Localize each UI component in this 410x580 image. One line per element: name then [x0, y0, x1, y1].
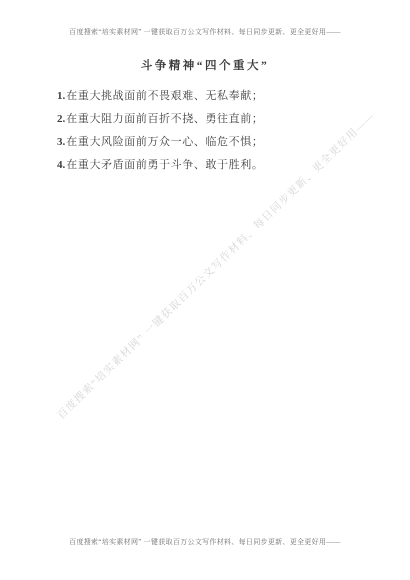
item-4-number: 4. [57, 159, 65, 171]
list-item-4: 4.在重大矛盾面前勇于斗争、敢于胜利。 [57, 154, 398, 177]
item-3-number: 3. [57, 136, 65, 148]
list-item-2: 2.在重大阻力面前百折不挠、勇往直前； [57, 108, 398, 131]
item-2-text: 在重大阻力面前百折不挠、勇往直前； [66, 113, 263, 125]
header-promo-note: 百度搜索“培实素材网” 一键获取百万公文写作材料、每日同步更新、更全更好用—— [0, 27, 410, 37]
document-title: 斗争精神“四个重大” [0, 57, 410, 73]
item-2-number: 2. [57, 113, 65, 125]
item-1-text: 在重大挑战面前不畏艰难、无私奉献； [66, 90, 263, 102]
list-item-1: 1.在重大挑战面前不畏艰难、无私奉献； [57, 85, 398, 108]
document-page: 百度搜索“培实素材网” 一键获取百万公文写作材料、每日同步更新、更全更好用—— … [0, 0, 410, 580]
item-4-text: 在重大矛盾面前勇于斗争、敢于胜利。 [66, 159, 263, 171]
item-1-number: 1. [57, 90, 65, 102]
footer-promo-note: 百度搜索“培实素材网” 一键获取百万公文写作材料、每日同步更新、更全更好用—— [0, 537, 410, 547]
item-3-text: 在重大风险面前万众一心、临危不惧； [66, 136, 263, 148]
list-item-3: 3.在重大风险面前万众一心、临危不惧； [57, 131, 398, 154]
numbered-list: 1.在重大挑战面前不畏艰难、无私奉献； 2.在重大阻力面前百折不挠、勇往直前； … [57, 85, 398, 177]
